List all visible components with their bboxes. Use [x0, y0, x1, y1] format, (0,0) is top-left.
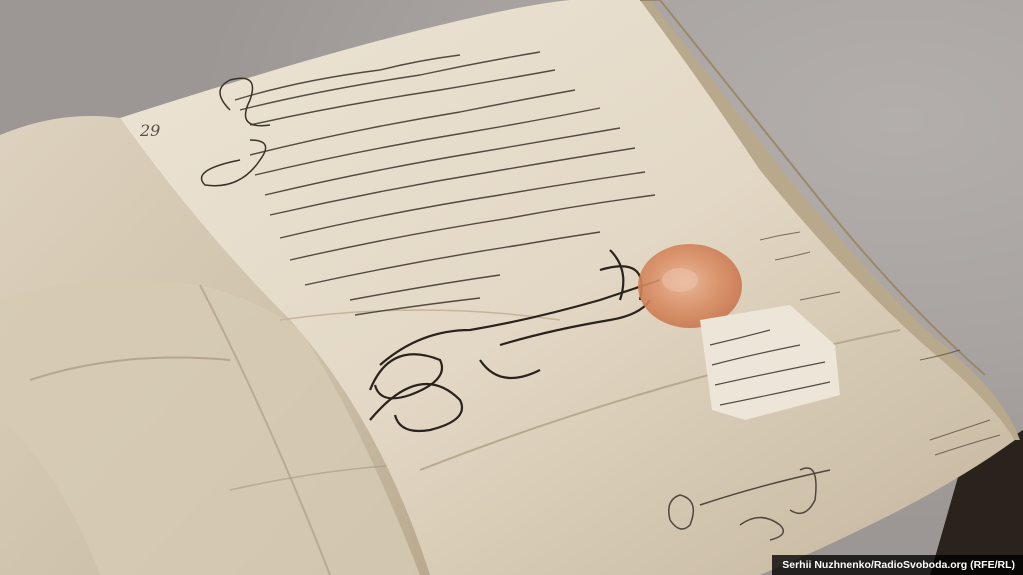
manuscript-photo: 29: [0, 0, 1023, 575]
page-number: 29: [139, 121, 160, 140]
photo-credit: Serhii Nuzhnenko/RadioSvoboda.org (RFE/R…: [772, 555, 1023, 575]
manuscript-illustration: 29: [0, 0, 1023, 575]
